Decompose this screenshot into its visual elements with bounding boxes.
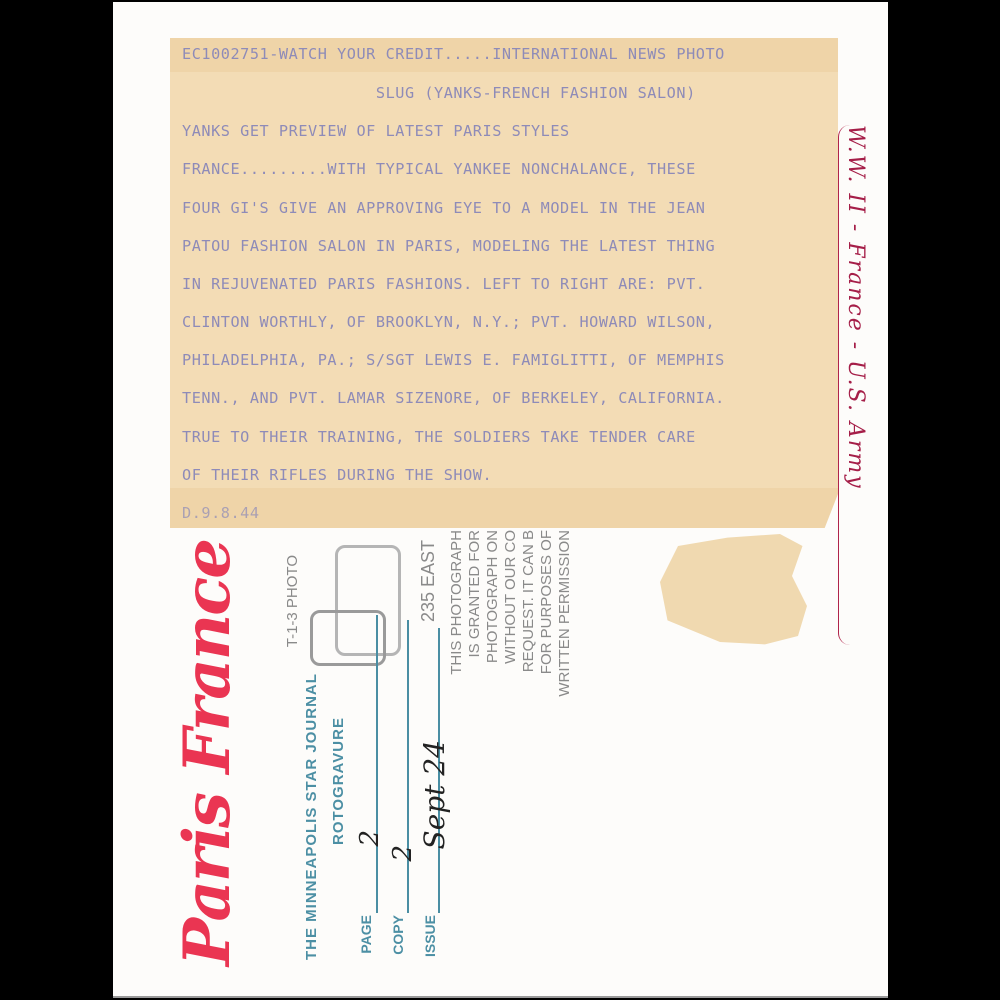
caption-line-credit: EC1002751-WATCH YOUR CREDIT.....INTERNAT… (182, 45, 725, 63)
agency-logo-mark (310, 610, 386, 666)
caption-line: FRANCE.........WITH TYPICAL YANKEE NONCH… (182, 160, 696, 178)
handwritten-side-note: W.W. II - France - U.S. Army (838, 125, 883, 645)
agency-header: T-1-3 PHOTO (285, 555, 301, 647)
field-value-page: 2 (355, 830, 385, 847)
caption-line: IN REJUVENATED PARIS FASHIONS. LEFT TO R… (182, 275, 705, 293)
copyright-notice: THIS PHOTOGRAPH IS GRANTED FOR PHOTOGRAP… (448, 530, 578, 710)
caption-line: OF THEIR RIFLES DURING THE SHOW. (182, 466, 492, 484)
agency-address: 235 EAST (418, 540, 439, 622)
caption-line-headline: YANKS GET PREVIEW OF LATEST PARIS STYLES (182, 122, 570, 140)
field-rule-page (376, 615, 378, 913)
field-value-issue: Sept 24 (418, 740, 451, 849)
caption-line-slug: SLUG (YANKS-FRENCH FASHION SALON) (182, 84, 696, 102)
caption-date-code: D.9.8.44 (182, 504, 260, 522)
caption-line: CLINTON WORTHLY, OF BROOKLYN, N.Y.; PVT.… (182, 313, 715, 331)
caption-line: TENN., AND PVT. LAMAR SIZENORE, OF BERKE… (182, 389, 725, 407)
caption-line: TRUE TO THEIR TRAINING, THE SOLDIERS TAK… (182, 428, 696, 446)
red-crayon-annotation: Paris France (150, 540, 270, 980)
caption-line: PATOU FASHION SALON IN PARIS, MODELING T… (182, 237, 715, 255)
caption-slip: EC1002751-WATCH YOUR CREDIT.....INTERNAT… (170, 38, 838, 528)
caption-line: PHILADELPHIA, PA.; S/SGT LEWIS E. FAMIGL… (182, 351, 725, 369)
field-label-copy: COPY (390, 915, 406, 955)
newspaper-section: ROTOGRAVURE (330, 705, 347, 845)
field-value-copy: 2 (388, 845, 418, 862)
caption-line: FOUR GI'S GIVE AN APPROVING EYE TO A MOD… (182, 199, 705, 217)
newspaper-name: THE MINNEAPOLIS STAR JOURNAL (303, 690, 320, 960)
field-label-page: PAGE (358, 915, 374, 954)
caption-bottom-band (170, 488, 838, 528)
side-note-text: W.W. II - France - U.S. Army (843, 125, 868, 490)
red-mark-text: Paris France (170, 540, 245, 966)
field-rule-copy (407, 620, 409, 913)
field-label-issue: ISSUE (422, 915, 438, 957)
